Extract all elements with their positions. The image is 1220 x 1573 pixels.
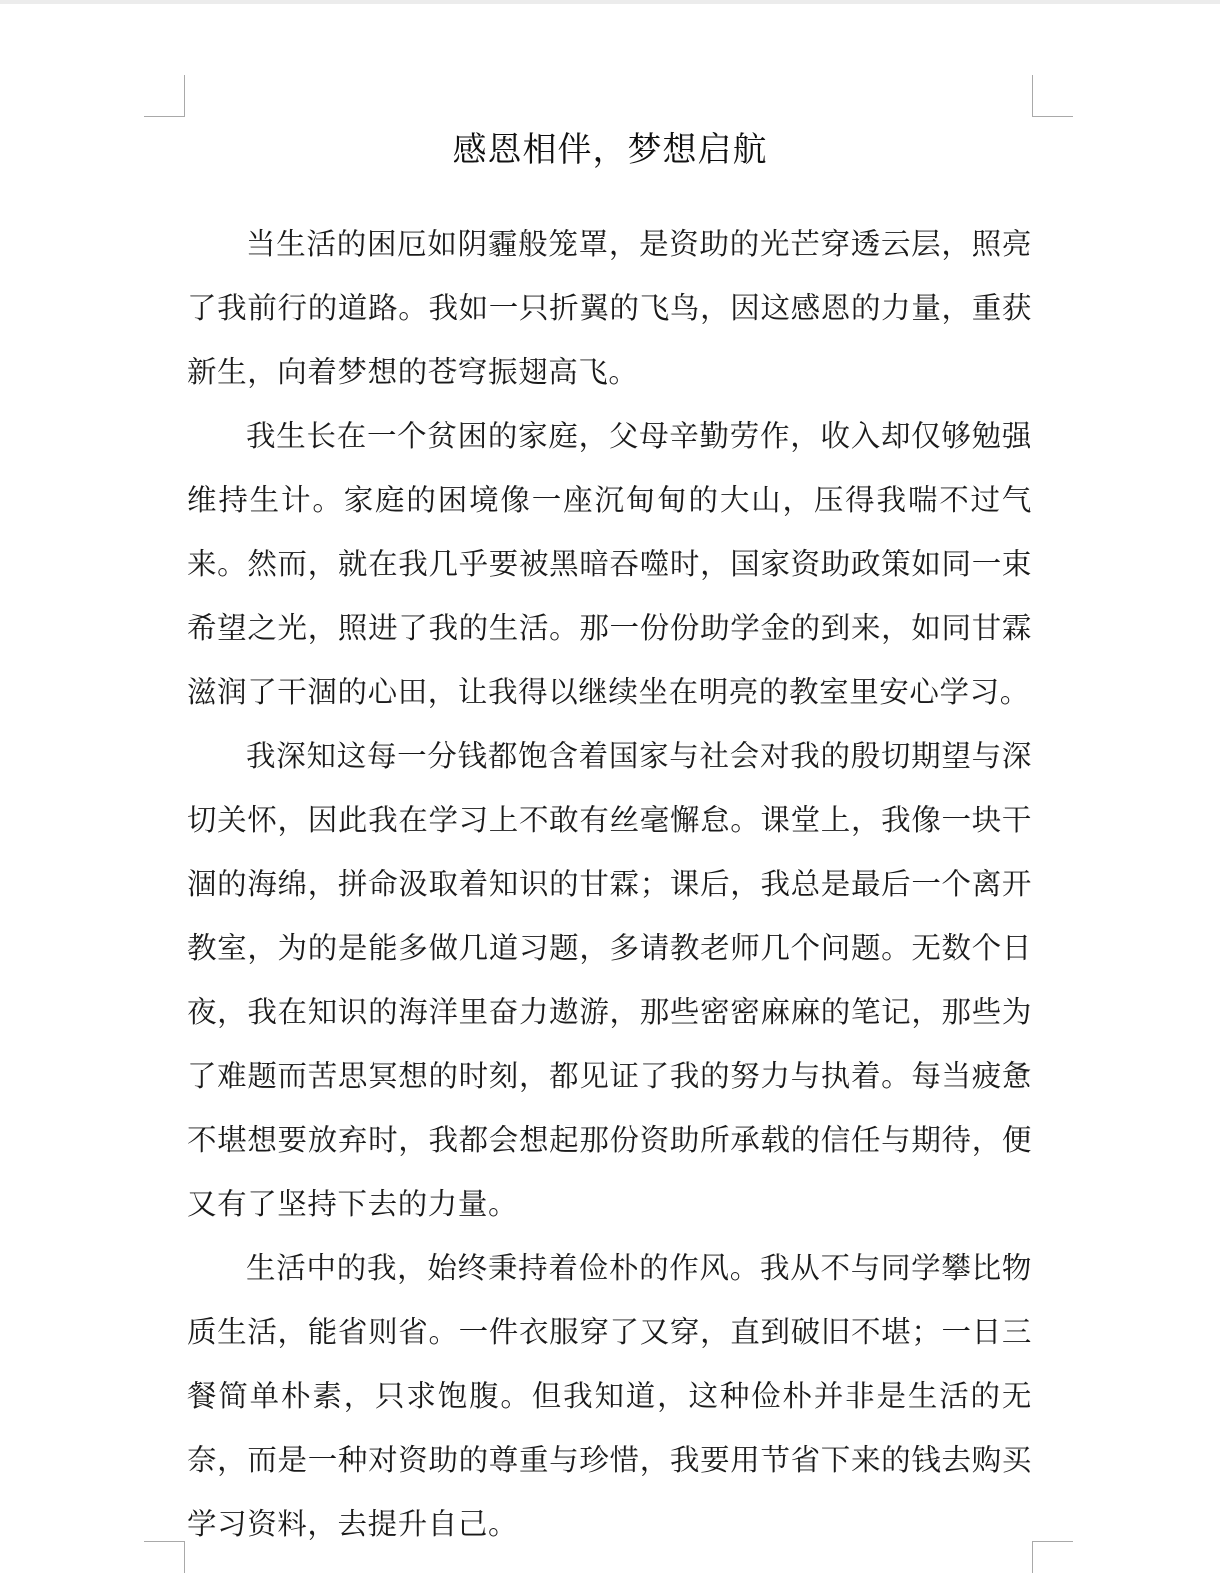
paragraph: 当生活的困厄如阴霾般笼罩，是资助的光芒穿透云层，照亮了我前行的道路。我如一只折翼… bbox=[187, 212, 1032, 404]
corner-mark-bottom-left-vertical bbox=[184, 1541, 185, 1573]
corner-mark-bottom-right-vertical bbox=[1032, 1541, 1033, 1573]
document-title: 感恩相伴，梦想启航 bbox=[0, 126, 1220, 174]
corner-mark-bottom-left-horizontal bbox=[144, 1541, 185, 1542]
corner-mark-top-right-vertical bbox=[1032, 75, 1033, 116]
document-body: 当生活的困厄如阴霾般笼罩，是资助的光芒穿透云层，照亮了我前行的道路。我如一只折翼… bbox=[187, 212, 1032, 1556]
corner-mark-top-left-vertical bbox=[184, 75, 185, 116]
corner-mark-bottom-right-horizontal bbox=[1032, 1541, 1073, 1542]
corner-mark-top-right-horizontal bbox=[1032, 116, 1073, 117]
paragraph: 生活中的我，始终秉持着俭朴的作风。我从不与同学攀比物质生活，能省则省。一件衣服穿… bbox=[187, 1236, 1032, 1556]
corner-mark-top-left-horizontal bbox=[144, 116, 185, 117]
page-top-edge bbox=[0, 0, 1220, 4]
paragraph: 我深知这每一分钱都饱含着国家与社会对我的殷切期望与深切关怀，因此我在学习上不敢有… bbox=[187, 724, 1032, 1236]
paragraph: 我生长在一个贫困的家庭，父母辛勤劳作，收入却仅够勉强维持生计。家庭的困境像一座沉… bbox=[187, 404, 1032, 724]
